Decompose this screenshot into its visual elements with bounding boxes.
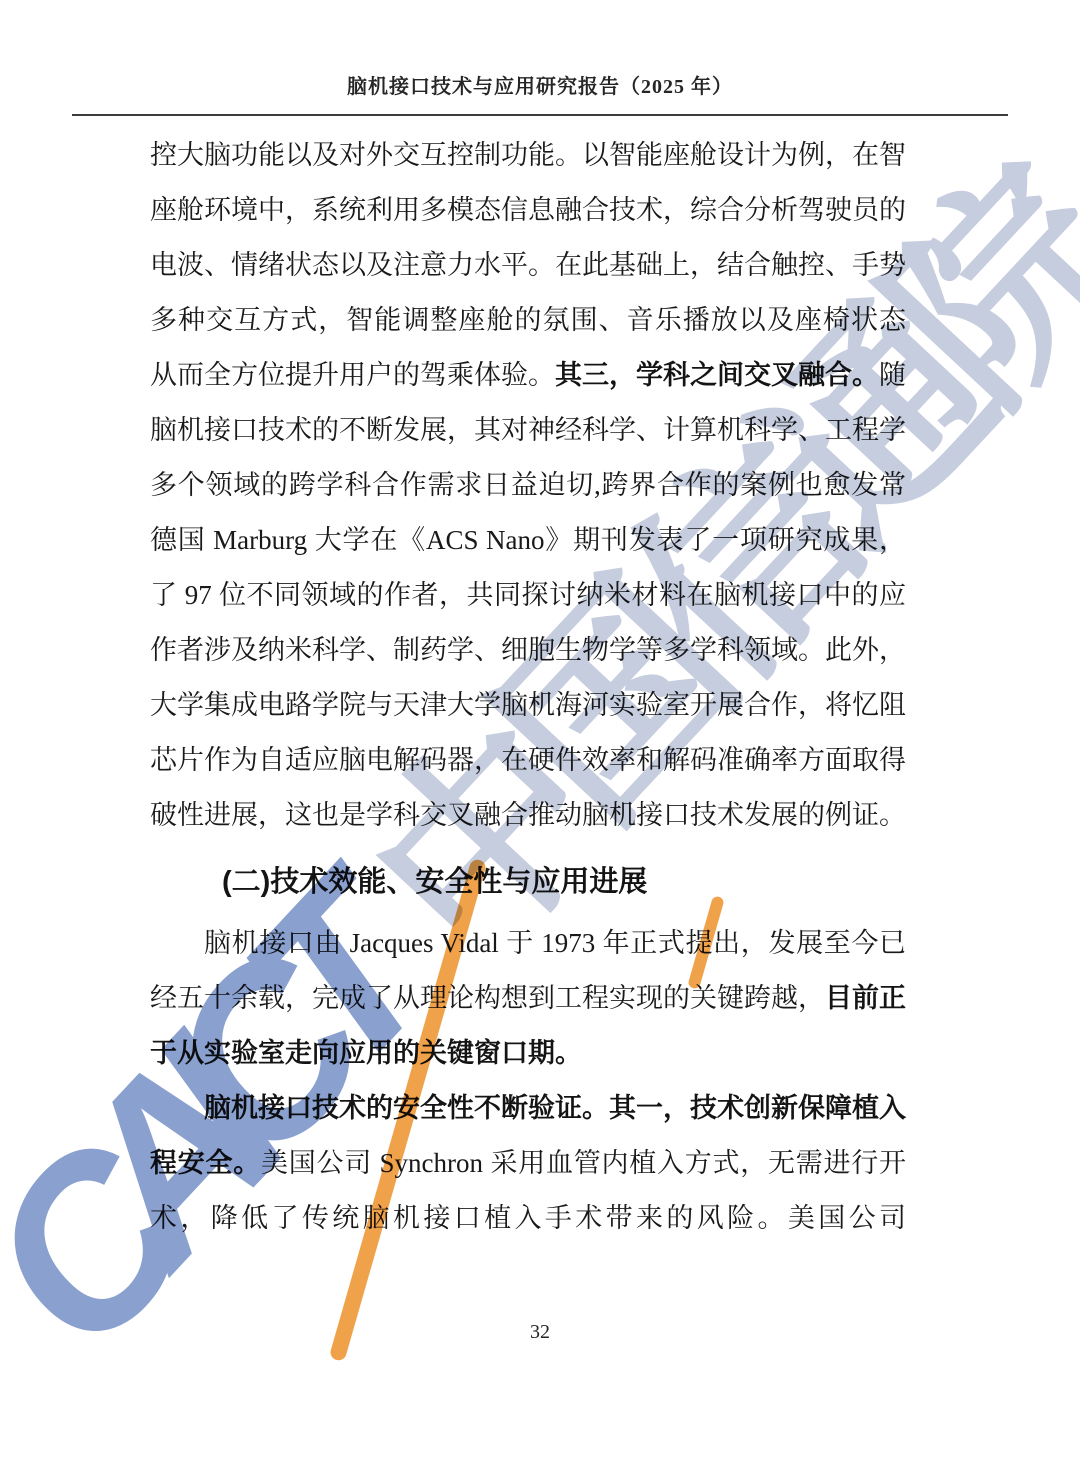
bold-text-run: 其三，学科之间交叉融合。 [555,360,879,390]
page-header-title: 脑机接口技术与应用研究报告（2025 年） [0,70,1080,99]
text-run: 控大脑功能以及对外交互控制功能。以智能座舱设计为例，在智能 [150,140,906,183]
content: 控大脑功能以及对外交互控制功能。以智能座舱设计为例，在智能座舱环境中，系统利用多… [150,128,906,1246]
section-heading: (二)技术效能、安全性与应用进展 [150,855,906,910]
text-run: 大学集成电路学院与天津大学脑机海河实验室开展合作，将忆阻器 [150,690,906,733]
text-line: 术，降低了传统脑机接口植入手术带来的风险。美国公司 Precision [150,1191,906,1246]
text-line: 从而全方位提升用户的驾乘体验。其三，学科之间交叉融合。随着 [150,348,906,403]
text-line: 于从实验室走向应用的关键窗口期。 [150,1026,906,1081]
bold-text-run: (二)技术效能、安全性与应用进展 [222,866,647,898]
text-run: 德国 Marburg 大学在《ACS Nano》期刊发表了一项研究成果，联合 [150,525,906,568]
text-run: 从而全方位提升用户的驾乘体验。 [150,360,555,390]
bold-text-run: 脑机接口技术的安全性不断验证。其一，技术创新保障植入过 [204,1093,906,1136]
text-run: 脑机接口技术的不断发展，其对神经科学、计算机科学、工程学等 [150,415,906,458]
report-page: 脑机接口技术与应用研究报告（2025 年） CAICT 中国信通院 控大脑功能以… [0,0,1080,1466]
text-run: 作者涉及纳米科学、制药学、细胞生物学等多学科领域。此外，清华 [150,635,906,678]
text-line: 了 97 位不同领域的作者，共同探讨纳米材料在脑机接口中的应用。 [150,568,906,623]
text-run: 美国公司 Synchron 采用血管内植入方式，无需进行开颅手 [150,1148,906,1191]
text-run: 破性进展，这也是学科交叉融合推动脑机接口技术发展的例证。 [150,800,906,830]
text-line: 作者涉及纳米科学、制药学、细胞生物学等多学科领域。此外，清华 [150,623,906,678]
header-rule [72,114,1008,116]
text-line: 脑机接口技术的不断发展，其对神经科学、计算机科学、工程学等 [150,403,906,458]
bold-text-run: 于从实验室走向应用的关键窗口期。 [150,1038,582,1068]
text-line: 破性进展，这也是学科交叉融合推动脑机接口技术发展的例证。 [150,788,906,843]
text-line: 德国 Marburg 大学在《ACS Nano》期刊发表了一项研究成果，联合 [150,513,906,568]
text-line: 电波、情绪状态以及注意力水平。在此基础上，结合触控、手势等 [150,238,906,293]
bold-text-run: 程安全。 [150,1148,261,1178]
text-line: 多种交互方式，智能调整座舱的氛围、音乐播放以及座椅状态等， [150,293,906,348]
text-run: 了 97 位不同领域的作者，共同探讨纳米材料在脑机接口中的应用。 [150,580,906,623]
text-run: 多种交互方式，智能调整座舱的氛围、音乐播放以及座椅状态等， [150,305,906,348]
text-line: 控大脑功能以及对外交互控制功能。以智能座舱设计为例，在智能 [150,128,906,183]
text-line: 经五十余载，完成了从理论构想到工程实现的关键跨越，目前正处 [150,971,906,1026]
text-run: 经五十余载，完成了从理论构想到工程实现的关键跨越， [150,983,825,1013]
text-line: 大学集成电路学院与天津大学脑机海河实验室开展合作，将忆阻器 [150,678,906,733]
text-run: 芯片作为自适应脑电解码器，在硬件效率和解码准确率方面取得突 [150,745,906,788]
text-line: 脑机接口由 Jacques Vidal 于 1973 年正式提出，发展至今已历 [150,916,906,971]
text-line: 程安全。美国公司 Synchron 采用血管内植入方式，无需进行开颅手 [150,1136,906,1191]
text-line: 芯片作为自适应脑电解码器，在硬件效率和解码准确率方面取得突 [150,733,906,788]
text-run: 座舱环境中，系统利用多模态信息融合技术，综合分析驾驶员的脑 [150,195,906,238]
text-line: 多个领域的跨学科合作需求日益迫切,跨界合作的案例也愈发常见。 [150,458,906,513]
text-line: 脑机接口技术的安全性不断验证。其一，技术创新保障植入过 [150,1081,906,1136]
text-line: 座舱环境中，系统利用多模态信息融合技术，综合分析驾驶员的脑 [150,183,906,238]
text-run: 多个领域的跨学科合作需求日益迫切,跨界合作的案例也愈发常见。 [150,470,906,513]
text-run: 脑机接口由 Jacques Vidal 于 1973 年正式提出，发展至今已历 [204,928,906,971]
page-number: 32 [0,1321,1080,1344]
text-run: 电波、情绪状态以及注意力水平。在此基础上，结合触控、手势等 [150,250,906,293]
text-run: 术，降低了传统脑机接口植入手术带来的风险。美国公司 Precision [150,1203,906,1246]
